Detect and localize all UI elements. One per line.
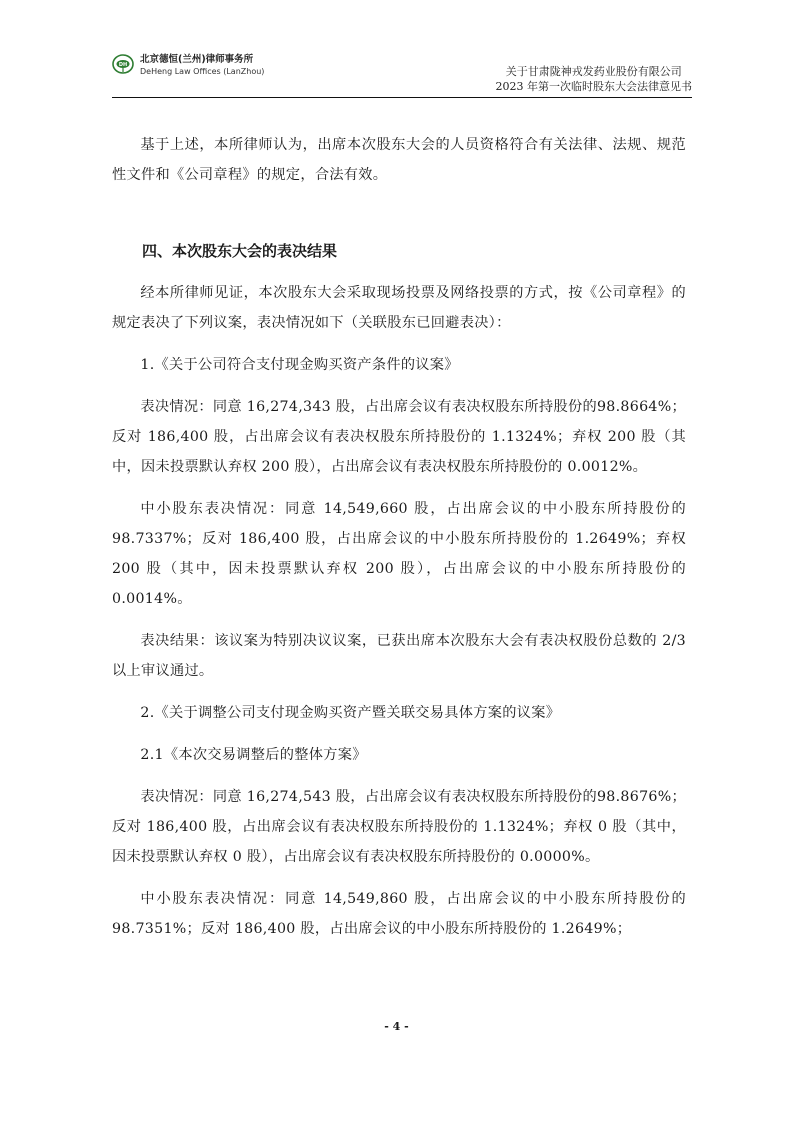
section-heading: 四、本次股东大会的表决结果 [112,236,686,266]
law-firm-logo-icon: DH [112,54,134,74]
document-title: 关于甘肃陇神戎发药业股份有限公司 2023 年第一次临时股东大会法律意见书 [496,64,693,94]
page-number: - 4 - [0,1020,793,1033]
proposal-2-title: 2.《关于调整公司支付现金购买资产暨关联交易具体方案的议案》 [112,698,686,728]
proposal-1-title: 1.《关于公司符合支付现金购买资产条件的议案》 [112,350,686,380]
document-title-line2: 2023 年第一次临时股东大会法律意见书 [496,79,693,94]
document-title-line1: 关于甘肃陇神戎发药业股份有限公司 [496,64,693,79]
header-divider [112,97,692,98]
section-intro: 经本所律师见证，本次股东大会采取现场投票及网络投票的方式，按《公司章程》的规定表… [112,278,686,338]
proposal-1-result: 表决结果：该议案为特别决议议案，已获出席本次股东大会有表决权股份总数的 2/3 … [112,626,686,686]
firm-name-en: DeHeng Law Offices (LanZhou) [140,66,264,77]
page-header: DH 北京德恒(兰州)律师事务所 DeHeng Law Offices (Lan… [112,50,692,100]
proposal-1-vote-minority: 中小股东表决情况：同意 14,549,660 股，占出席会议的中小股东所持股份的… [112,494,686,614]
proposal-2-1-vote-minority: 中小股东表决情况：同意 14,549,860 股，占出席会议的中小股东所持股份的… [112,884,686,944]
proposal-2-1-title: 2.1《本次交易调整后的整体方案》 [112,740,686,770]
proposal-2-1-vote-all: 表决情况：同意 16,274,543 股，占出席会议有表决权股东所持股份的98.… [112,782,686,872]
document-body: 基于上述，本所律师认为，出席本次股东大会的人员资格符合有关法律、法规、规范性文件… [112,130,686,944]
proposal-1-vote-all: 表决情况：同意 16,274,343 股，占出席会议有表决权股东所持股份的98.… [112,392,686,482]
svg-text:DH: DH [119,62,127,68]
firm-name-cn: 北京德恒(兰州)律师事务所 [140,54,264,66]
firm-name: 北京德恒(兰州)律师事务所 DeHeng Law Offices (LanZho… [140,54,264,77]
intro-paragraph: 基于上述，本所律师认为，出席本次股东大会的人员资格符合有关法律、法规、规范性文件… [112,130,686,190]
